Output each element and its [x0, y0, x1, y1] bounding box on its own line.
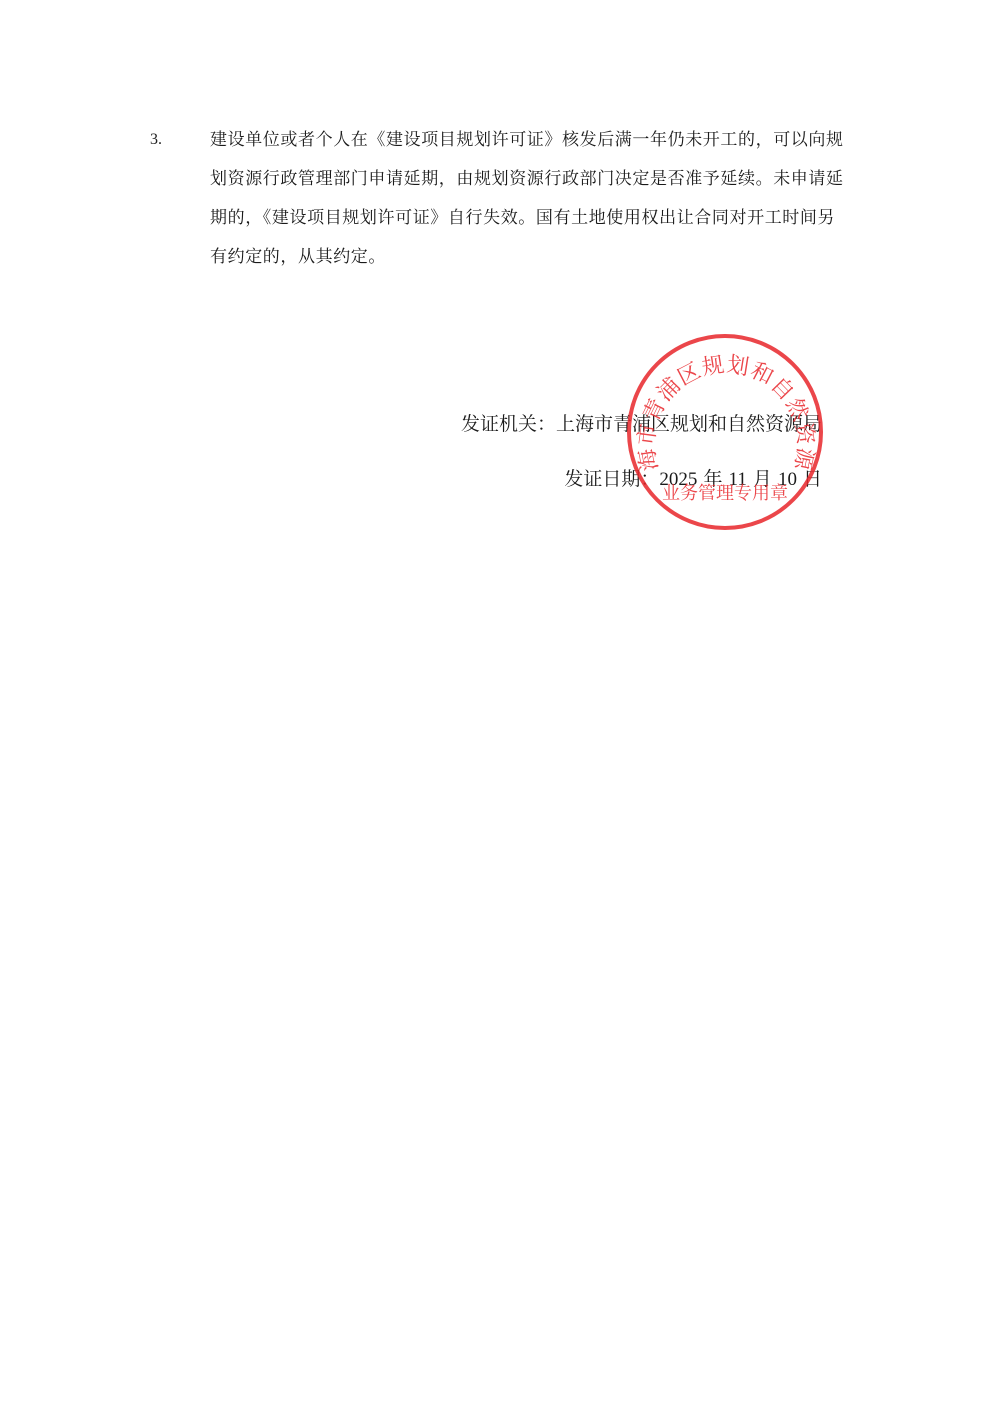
authority-value: 上海市青浦区规划和自然资源局 — [556, 413, 822, 435]
date-month: 11 — [729, 469, 747, 490]
issue-date: 发证日期：2025 年 11 月 10 日 — [564, 466, 822, 493]
clause-line: 有约定的，从其约定。 — [210, 244, 842, 283]
svg-text:上海市青浦区规划和自然资源局: 上海市青浦区规划和自然资源局 — [626, 333, 818, 473]
date-day-unit: 日 — [803, 468, 822, 490]
issuing-authority: 发证机关：上海市青浦区规划和自然资源局 — [461, 411, 822, 437]
clause-line: 期的，《建设项目规划许可证》自行失效。国有土地使用权出让合同对开工时间另 — [210, 205, 842, 244]
document-page: 3. 建设单位或者个人在《建设项目规划许可证》核发后满一年仍未开工的，可以向规 … — [0, 0, 992, 1403]
date-year-unit: 年 — [703, 468, 722, 490]
date-day: 10 — [778, 469, 797, 490]
clause-line: 建设单位或者个人在《建设项目规划许可证》核发后满一年仍未开工的，可以向规 — [210, 127, 842, 166]
clause-number: 3. — [150, 127, 162, 153]
date-year: 2025 — [659, 469, 697, 490]
date-month-unit: 月 — [753, 468, 772, 490]
date-label: 发证日期： — [564, 468, 659, 490]
clause-body: 建设单位或者个人在《建设项目规划许可证》核发后满一年仍未开工的，可以向规 划资源… — [210, 127, 842, 283]
authority-label: 发证机关： — [461, 413, 556, 435]
seal-arc-text: 上海市青浦区规划和自然资源局 — [626, 333, 818, 473]
clause-line: 划资源行政管理部门申请延期，由规划资源行政部门决定是否准予延续。未申请延 — [210, 166, 842, 205]
